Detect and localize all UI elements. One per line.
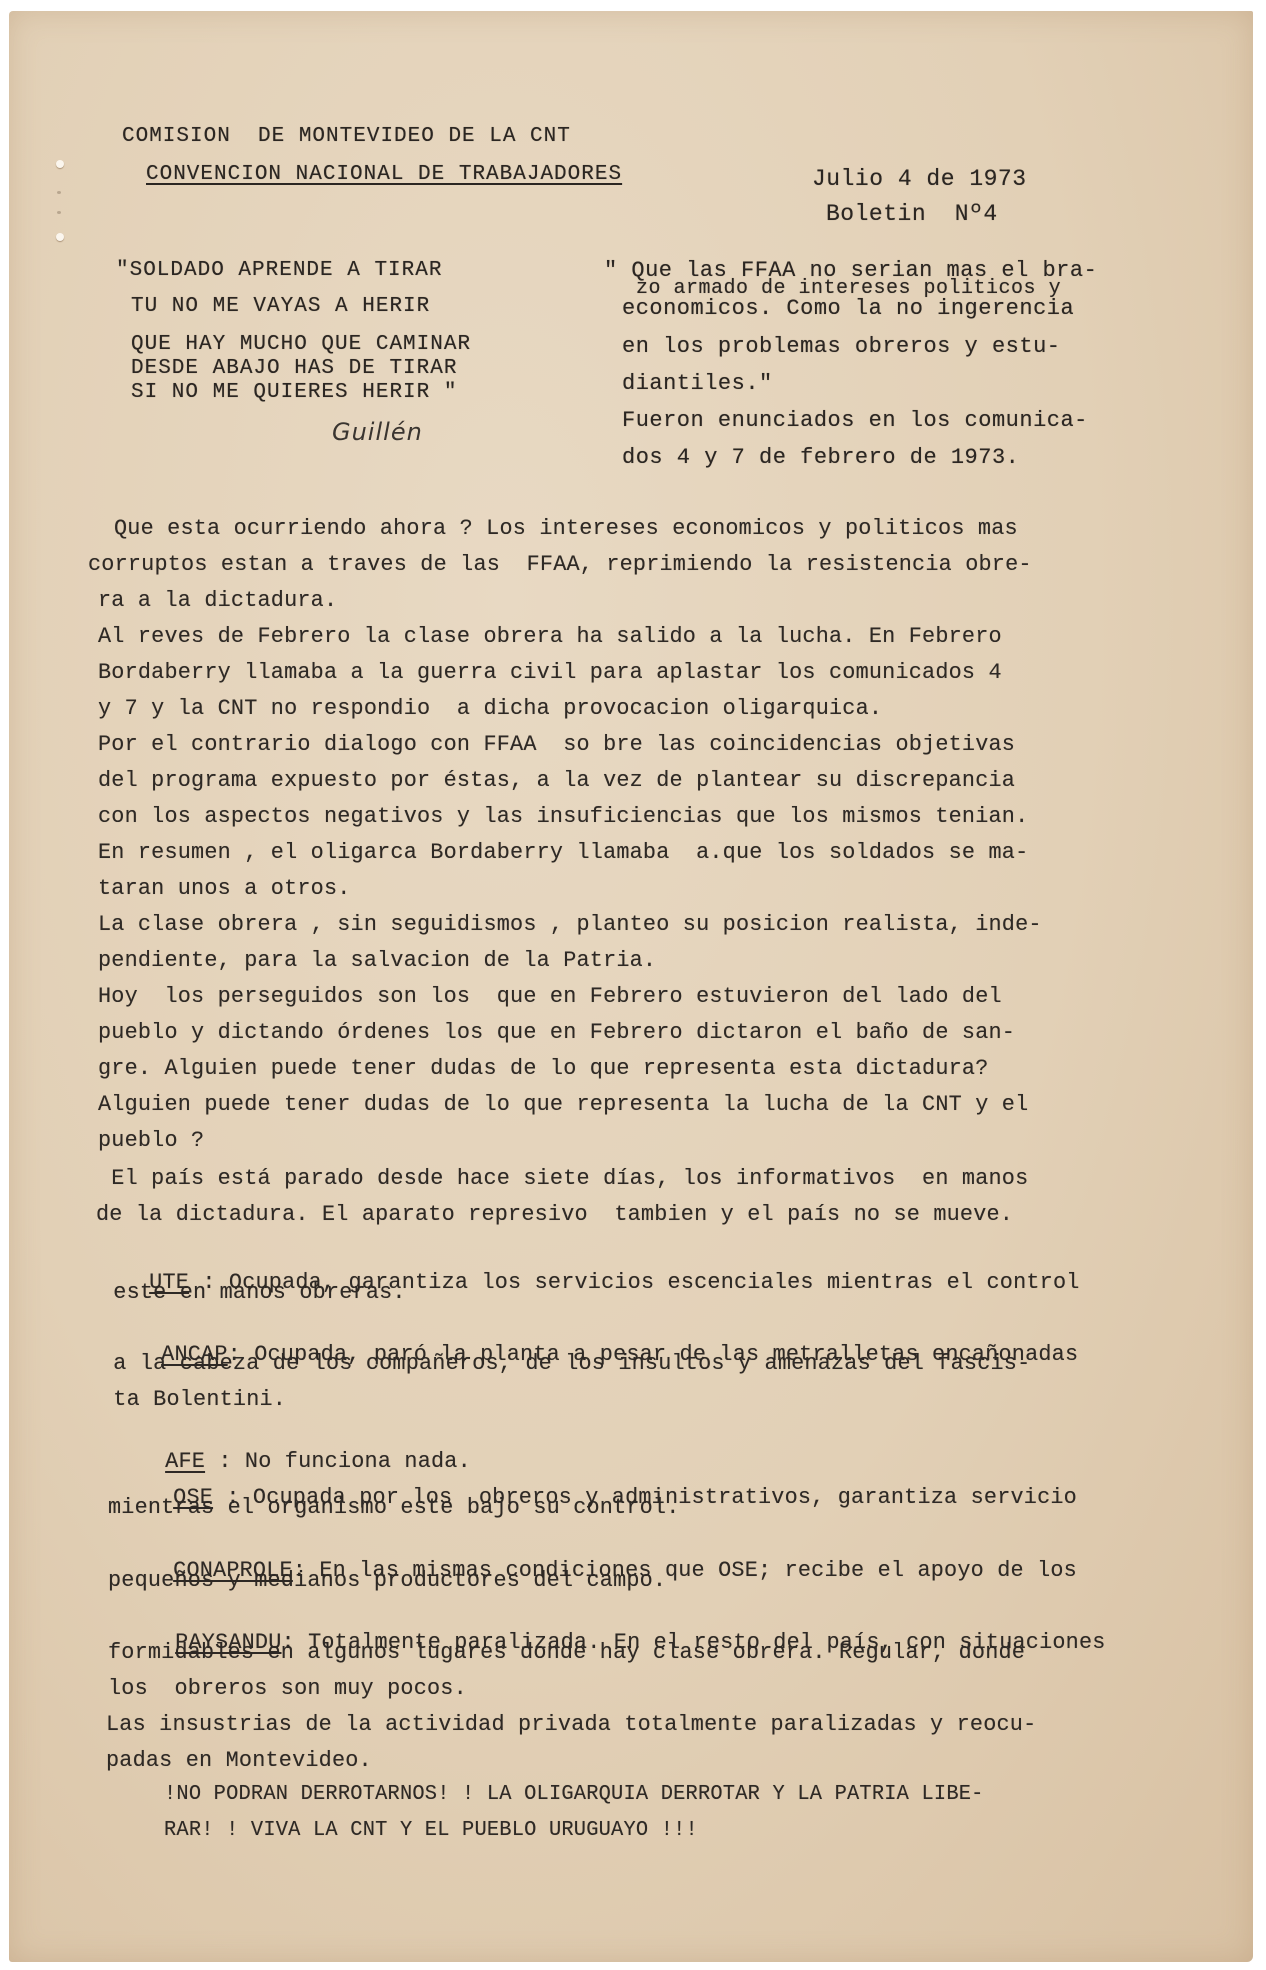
body-line: a la cabeza de los compañeros, de los in… xyxy=(100,1350,1030,1376)
body-line: Hoy los perseguidos son los que en Febre… xyxy=(98,983,1002,1009)
body-line: y 7 y la CNT no respondio a dicha provoc… xyxy=(98,695,882,721)
quote-line: en los problemas obreros y estu- xyxy=(622,334,1060,359)
body-line: La clase obrera , sin seguidismos , plan… xyxy=(98,911,1042,937)
body-line: Que esta ocurriendo ahora ? Los interese… xyxy=(114,515,1018,541)
body-line: taran unos a otros. xyxy=(98,875,351,901)
slogan-line: RAR! ! VIVA LA CNT Y EL PUEBLO URUGUAYO … xyxy=(164,1819,698,1842)
body-line: pueblo ? xyxy=(98,1127,204,1153)
body-line: pendiente, para la salvacion de la Patri… xyxy=(98,947,656,973)
body-line: con los aspectos negativos y las insufic… xyxy=(98,803,1028,829)
punch-mark xyxy=(57,191,61,194)
body-line: Al reves de Febrero la clase obrera ha s… xyxy=(98,623,1002,649)
body-line: Alguien puede tener dudas de lo que repr… xyxy=(98,1091,1028,1117)
body-line: ta Bolentini. xyxy=(100,1386,286,1412)
org-subtitle: CONVENCION NACIONAL DE TRABAJADORES xyxy=(146,163,622,186)
body-line: ra a la dictadura. xyxy=(98,587,337,613)
quote-line: dos 4 y 7 de febrero de 1973. xyxy=(622,445,1019,470)
poem-line: QUE HAY MUCHO QUE CAMINAR xyxy=(131,333,471,356)
body-line: El país está parado desde hace siete día… xyxy=(98,1165,1028,1191)
punch-mark xyxy=(57,211,61,214)
slogan-line: !NO PODRAN DERROTARNOS! ! LA OLIGARQUIA … xyxy=(164,1783,984,1806)
poem-line: SI NO ME QUIERES HERIR " xyxy=(131,381,457,404)
body-line: padas en Montevideo. xyxy=(106,1747,372,1773)
body-line: Bordaberry llamaba a la guerra civil par… xyxy=(98,659,1002,685)
body-line: gre. Alguien puede tener dudas de lo que… xyxy=(98,1055,989,1081)
document-date: Julio 4 de 1973 xyxy=(812,166,1027,192)
body-line: pueblo y dictando órdenes los que en Feb… xyxy=(98,1019,1015,1045)
poem-author-signature: Guillén xyxy=(332,418,423,446)
body-line: este en manos obreras. xyxy=(100,1279,406,1305)
body-line: corruptos estan a traves de las FFAA, re… xyxy=(88,551,1032,577)
bulletin-number: Boletin Nº4 xyxy=(826,201,998,227)
body-line: Las insustrias de la actividad privada t… xyxy=(106,1711,1036,1737)
punch-hole xyxy=(56,233,64,241)
body-line: de la dictadura. El aparato represivo ta… xyxy=(96,1201,1013,1227)
body-line: del programa expuesto por éstas, a la ve… xyxy=(98,767,1015,793)
poem-line: "SOLDADO APRENDE A TIRAR xyxy=(116,259,442,282)
poem-line: DESDE ABAJO HAS DE TIRAR xyxy=(131,357,457,380)
body-line: formidables en algunos lugares donde hay… xyxy=(108,1639,1025,1665)
body-line: los obreros son muy pocos. xyxy=(108,1675,467,1701)
org-title: COMISION DE MONTEVIDEO DE LA CNT xyxy=(122,125,571,148)
body-line: Por el contrario dialogo con FFAA so bre… xyxy=(98,731,1015,757)
poem-line: TU NO ME VAYAS A HERIR xyxy=(131,295,430,318)
punch-hole xyxy=(56,160,64,168)
body-line: En resumen , el oligarca Bordaberry llam… xyxy=(98,839,1028,865)
quote-line: economicos. Como la no ingerencia xyxy=(622,296,1074,321)
body-line: mientras el organismo este bajo su contr… xyxy=(108,1494,680,1520)
quote-line: diantiles." xyxy=(622,371,773,396)
quote-line: Fueron enunciados en los comunica- xyxy=(622,408,1088,433)
body-line: pequeños y medianos productores del camp… xyxy=(108,1567,666,1593)
